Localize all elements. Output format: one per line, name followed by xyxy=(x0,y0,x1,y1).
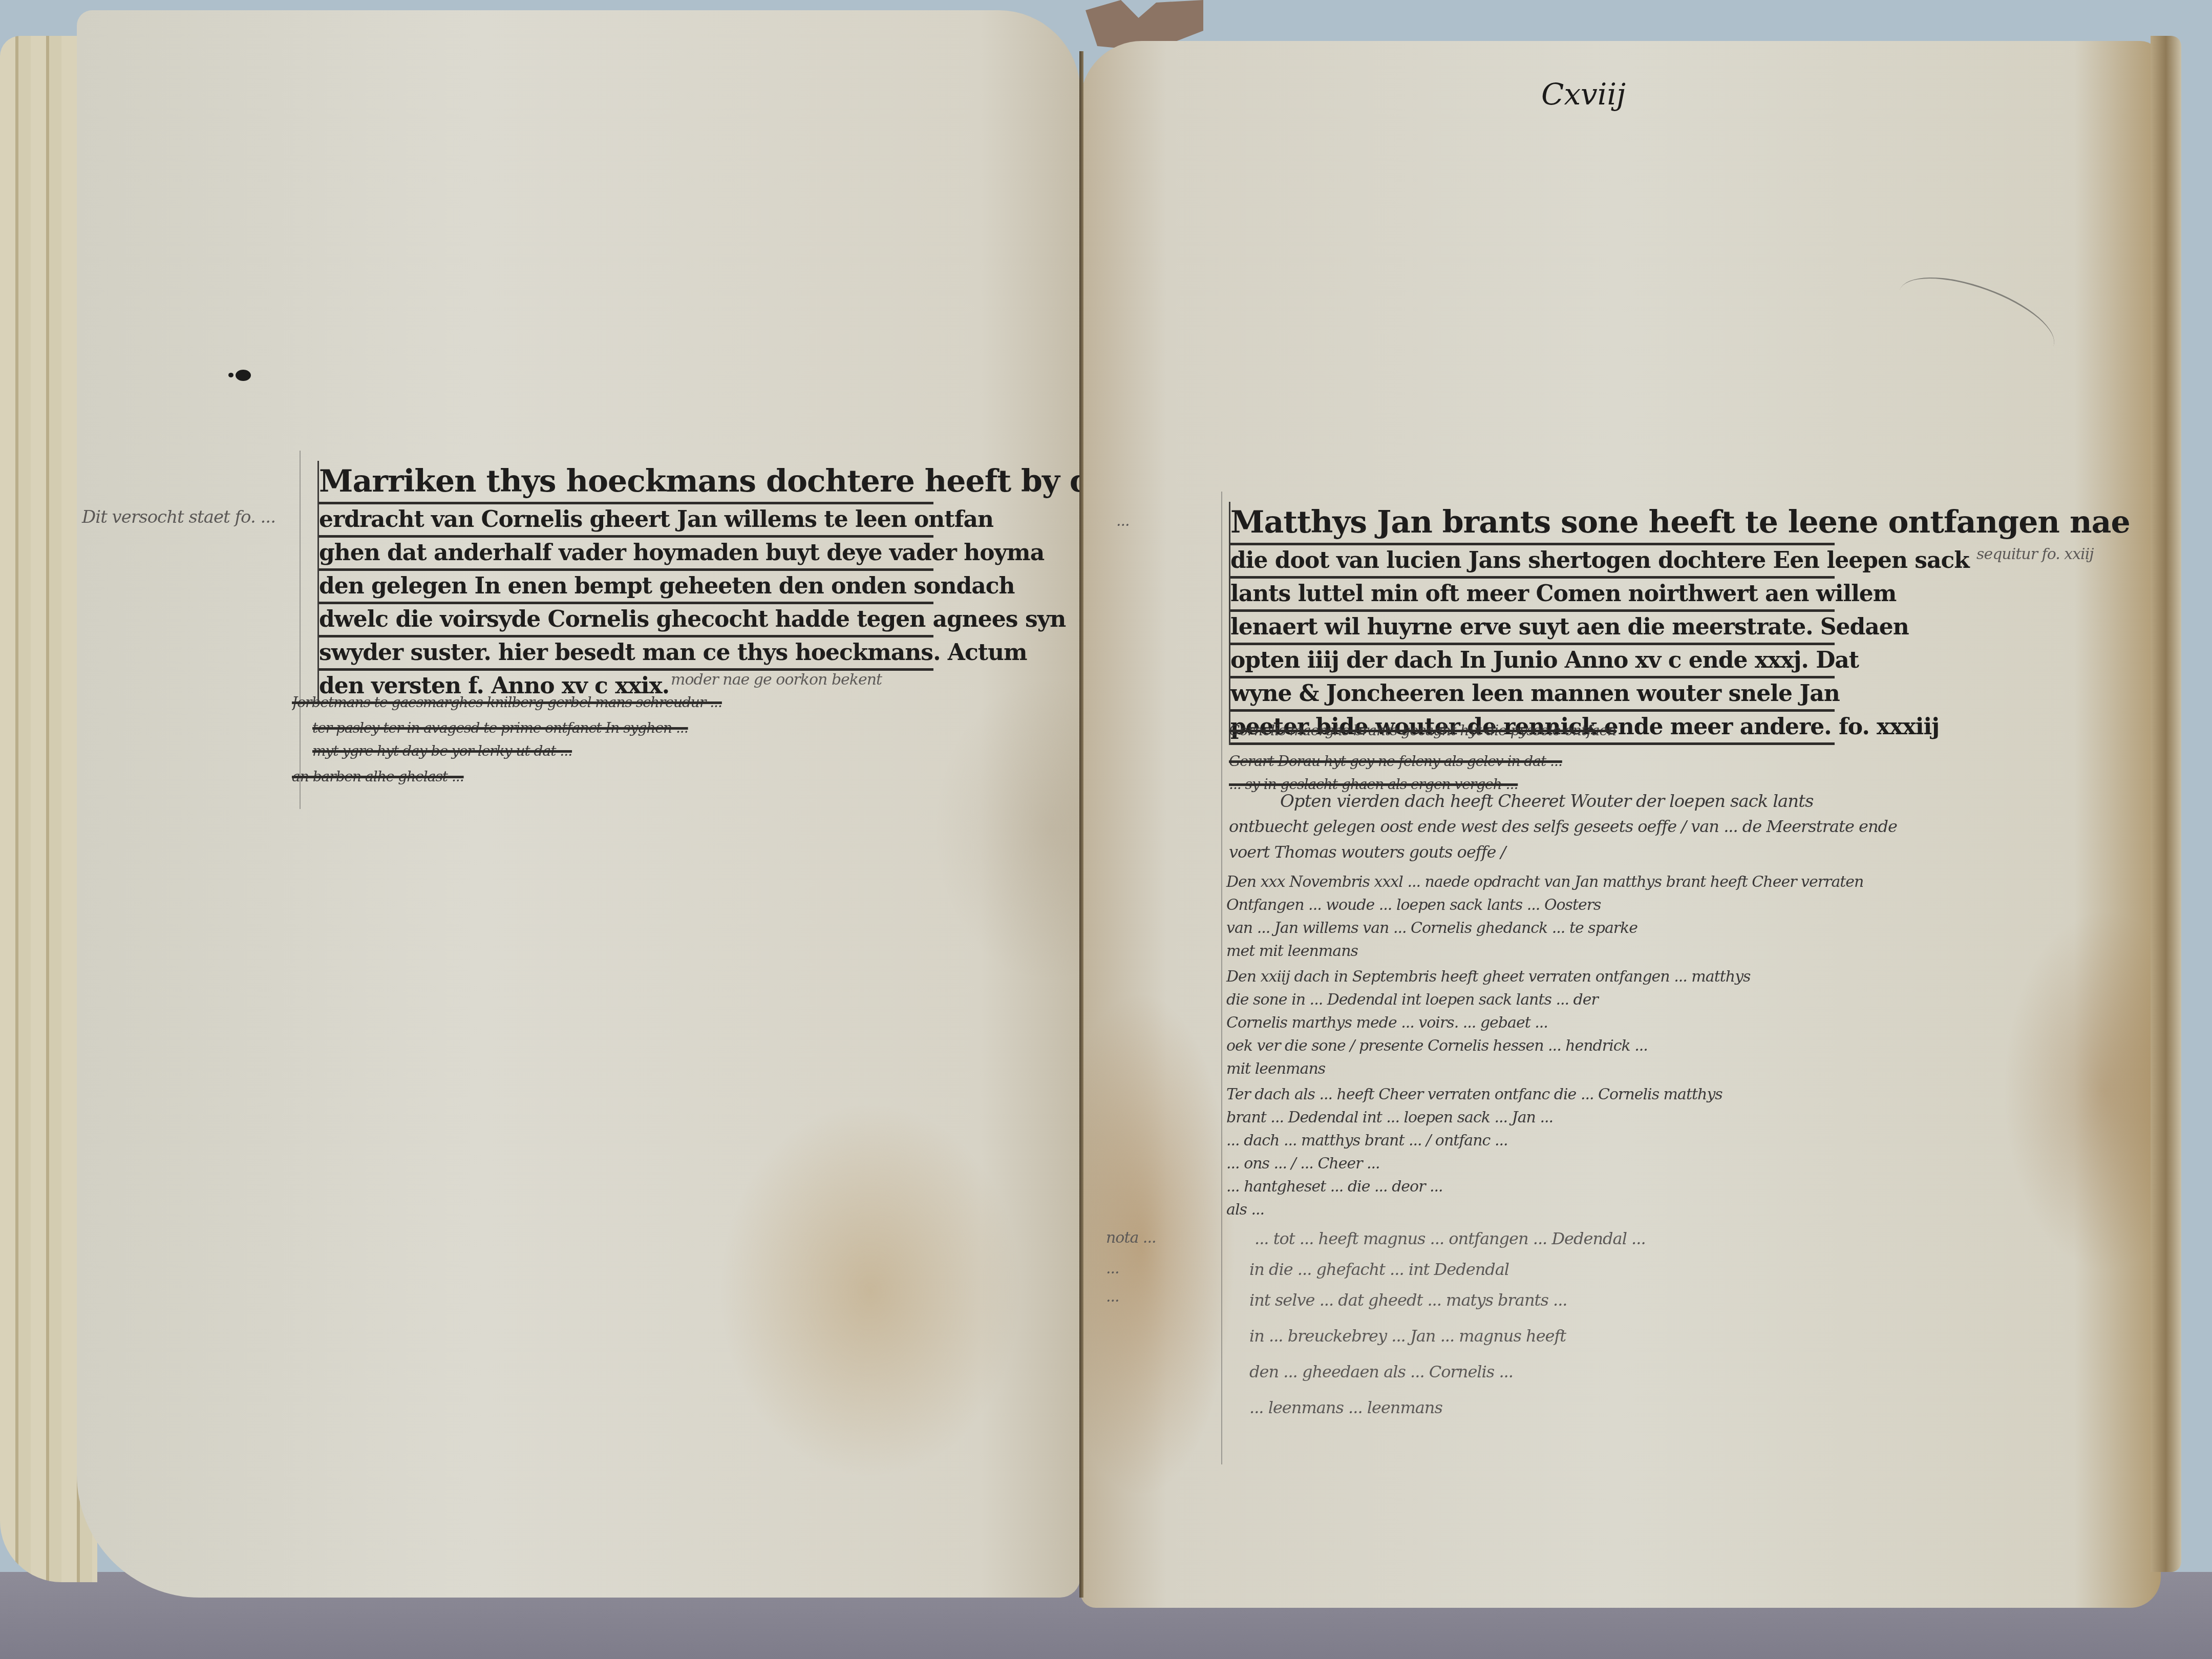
cursive-entry-line: Den xxx Novembris xxxl ... naede opdrach… xyxy=(1226,873,1863,891)
entry-line: opten iiij der dach In Junio Anno xv c e… xyxy=(1230,645,1835,678)
right-margin-note: sequitur fo. xxiij xyxy=(1976,545,2094,563)
cursive-entry-line: Opten vierden dach heeft Cheeret Wouter … xyxy=(1280,791,1813,812)
cursive-entry-line: Cornelis marthys mede ... voirs. ... geb… xyxy=(1226,1014,1548,1032)
margin-rule xyxy=(1221,492,1222,1464)
appended-cursive-line: an barben alhe ghelast ... xyxy=(292,768,599,785)
right-page-left-margin-note: ... xyxy=(1116,512,1130,530)
folio-number: Cxviij xyxy=(1541,77,1626,112)
book-gutter xyxy=(1079,51,1083,1598)
lower-margin-note: ... xyxy=(1106,1288,1119,1306)
entry-line: swyder suster. hier besedt man ce thys h… xyxy=(319,637,933,671)
left-margin-note: Dit versocht staet fo. ... xyxy=(82,507,275,527)
cursive-entry-line: ... sy in geslacht ghaen als ergen verge… xyxy=(1229,776,1833,793)
cursive-entry-line: mit leenmans xyxy=(1226,1060,1325,1078)
appended-cursive-line: myt ygre hyt day be yor lerky ut dat ... xyxy=(312,742,927,759)
appended-cursive-line: Jorbetmans te gaesmarghes knilberg gerbe… xyxy=(292,694,932,711)
cursive-entry-line: met mit leenmans xyxy=(1226,942,1358,960)
cursive-entry-line: Cornelis maerghs brants gecaght hyt die … xyxy=(1229,722,1833,739)
entry-line: erdracht van Cornelis gheert Jan willems… xyxy=(319,504,933,538)
entry-line: Matthys Jan brants sone heeft te leene o… xyxy=(1230,502,1835,545)
appended-cursive-line: ter pasley ter in avagesd te prime ontfa… xyxy=(312,719,927,736)
lower-note-line: int selve ... dat gheedt ... matys brant… xyxy=(1249,1290,1567,1310)
lower-margin-note: nota ... xyxy=(1106,1229,1156,1247)
ink-blot xyxy=(236,370,251,381)
lower-note-line: den ... gheedaen als ... Cornelis ... xyxy=(1249,1362,1513,1381)
margin-rule xyxy=(300,451,301,809)
cursive-entry-line: die sone in ... Dedendal int loepen sack… xyxy=(1226,991,1598,1009)
entry-line: lants luttel min oft meer Comen noirthwe… xyxy=(1230,579,1835,612)
cursive-entry-line: ... dach ... matthys brant ... / ontfanc… xyxy=(1226,1132,1508,1150)
trailing-note: moder nae ge oorkon bekent xyxy=(671,671,882,689)
left-page xyxy=(77,10,1080,1598)
entry-line: dwelc die voirsyde Cornelis ghecocht had… xyxy=(319,604,933,637)
cursive-entry-line: van ... Jan willems van ... Cornelis ghe… xyxy=(1226,919,1637,937)
cursive-entry-line: Gerart Dorau hyt gey ne feleny als gelev… xyxy=(1229,753,1833,770)
lower-note-line: in ... breuckebrey ... Jan ... magnus he… xyxy=(1249,1326,1566,1346)
lower-margin-note: ... xyxy=(1106,1260,1119,1278)
cursive-entry-line: oek ver die sone / presente Cornelis hes… xyxy=(1226,1037,1648,1055)
right-page-edge xyxy=(2151,36,2181,1572)
cursive-entry-line: Ter dach als ... heeft Cheer verraten on… xyxy=(1226,1086,1722,1103)
entry-line: lenaert wil huyrne erve suyt aen die mee… xyxy=(1230,612,1835,645)
left-main-entry: Marriken thys hoeckmans dochtere heeft b… xyxy=(317,461,933,704)
cursive-entry-line: ... hantgheset ... die ... deor ... xyxy=(1226,1178,1443,1196)
lower-note-line: ... leenmans ... leenmans xyxy=(1249,1398,1442,1417)
entry-line: den gelegen In enen bempt geheeten den o… xyxy=(319,571,933,604)
entry-line: wyne & Joncheeren leen mannen wouter sne… xyxy=(1230,678,1835,712)
entry-line: ghen dat anderhalf vader hoymaden buyt d… xyxy=(319,538,933,571)
lower-note-line: ... tot ... heeft magnus ... ontfangen .… xyxy=(1254,1229,1646,1248)
cursive-entry-line: ... ons ... / ... Cheer ... xyxy=(1226,1155,1380,1173)
cursive-entry-line: ontbuecht gelegen oost ende west des sel… xyxy=(1229,817,1897,836)
entry-line: Marriken thys hoeckmans dochtere heeft b… xyxy=(319,461,933,504)
cursive-entry-line: brant ... Dedendal int ... loepen sack .… xyxy=(1226,1109,1553,1126)
entry-line: die doot van lucien Jans shertogen docht… xyxy=(1230,545,1835,579)
cursive-entry-line: Ontfangen ... woude ... loepen sack lant… xyxy=(1226,896,1601,914)
cursive-entry-line: Den xxiij dach in Septembris heeft gheet… xyxy=(1226,968,1750,986)
lower-note-line: in die ... ghefacht ... int Dedendal xyxy=(1249,1260,1509,1279)
cursive-entry-line: voert Thomas wouters gouts oeffe / xyxy=(1229,842,1505,862)
right-main-entry: Matthys Jan brants sone heeft te leene o… xyxy=(1229,502,1835,745)
cursive-entry-line: als ... xyxy=(1226,1201,1264,1219)
